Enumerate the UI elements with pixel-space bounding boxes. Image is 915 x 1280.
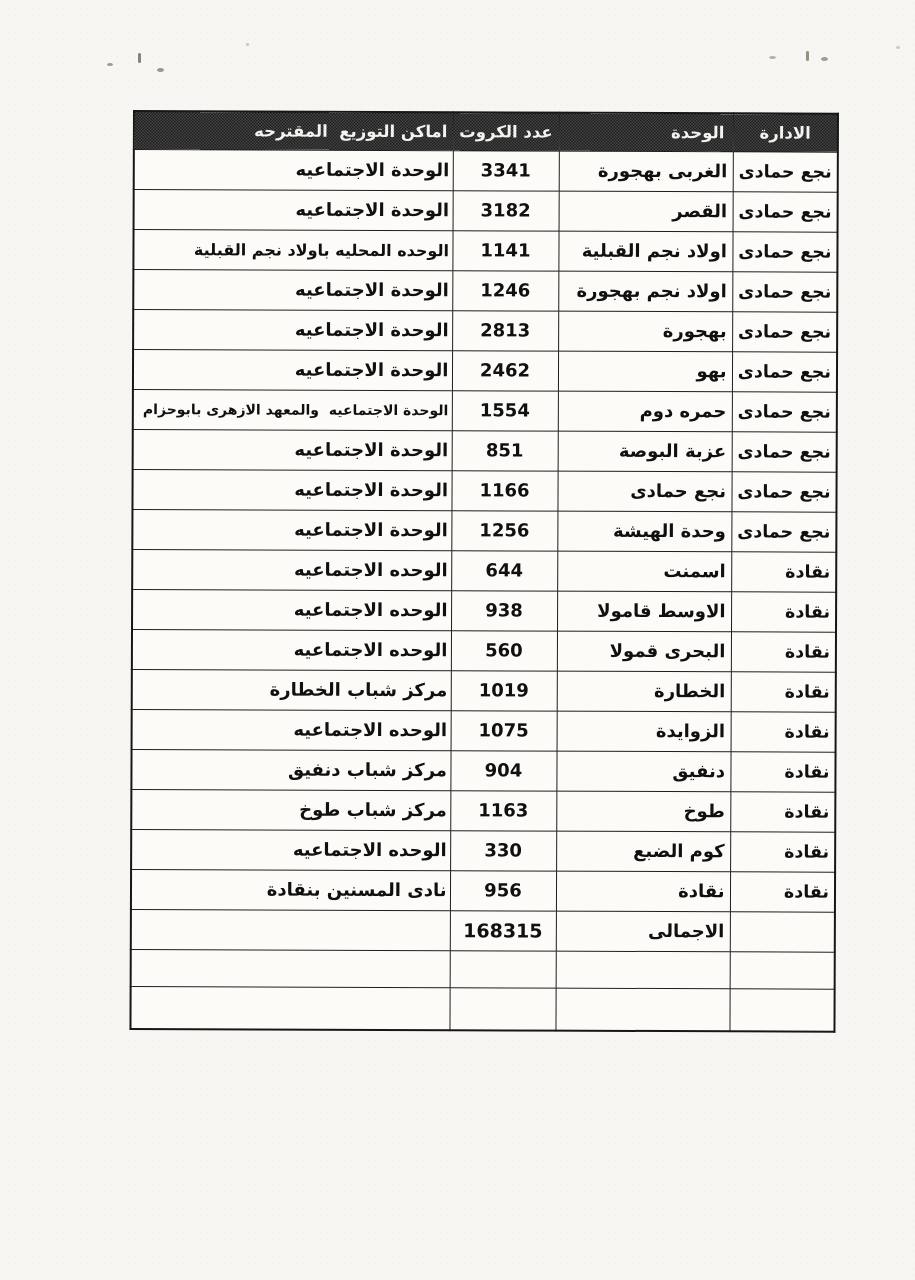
cards-count-cell: 1246 [452,271,558,311]
cards-count-cell: 1019 [451,671,557,711]
admin-cell: نجع حمادى [732,312,837,352]
cards-count-cell: 1075 [451,711,557,751]
distribution-place-cell: الوحدة الاجتماعيه [134,150,453,191]
unit-cell: البحرى قمولا [557,631,731,672]
admin-cell: نجع حمادى [733,152,838,192]
total-value-cell: 168315 [450,911,556,951]
admin-cell: نجع حمادى [732,432,837,472]
ink-speck [246,43,249,46]
table-row: نجع حمادىالغربى بهجورة3341الوحدة الاجتما… [134,150,838,193]
empty-row [130,986,834,1031]
scanned-document-page: الادارة الوحدة عدد الكروت اماكن التوزيع … [0,0,915,1280]
cards-count-cell: 1141 [452,231,558,271]
distribution-place-cell: الوحدة الاجتماعيه [132,510,451,551]
admin-cell: نقادة [731,672,836,712]
ink-speck [806,51,809,61]
unit-cell: الخطارة [557,671,731,712]
unit-cell: نقادة [556,871,730,912]
unit-cell: الزوايدة [557,711,731,752]
empty-row [131,949,835,989]
total-label-cell: الاجمالى [556,911,730,952]
empty-cards-cell [449,988,555,1031]
admin-cell: نجع حمادى [732,352,837,392]
cards-count-cell: 560 [451,631,557,671]
cards-count-cell: 330 [450,831,556,871]
table-body: نجع حمادىالغربى بهجورة3341الوحدة الاجتما… [130,150,837,1032]
card-distribution-table: الادارة الوحدة عدد الكروت اماكن التوزيع … [129,110,839,1033]
distribution-place-cell: الوحدة الاجتماعيه [133,310,452,351]
unit-cell: اسمنت [557,551,731,592]
table-row: نجع حمادىالقصر3182الوحدة الاجتماعيه [134,190,838,233]
ink-speck [896,46,900,49]
table-row: نجع حمادىاولاد نجم القبلية1141الوحده الم… [133,230,837,273]
unit-cell: اولاد نجم القبلية [558,231,732,272]
admin-cell: نقادة [731,712,836,752]
admin-cell: نقادة [730,872,835,912]
distribution-place-cell: الوحدة الاجتماعيه [133,350,452,391]
header-row: الادارة الوحدة عدد الكروت اماكن التوزيع … [134,111,838,152]
cards-count-cell: 644 [451,551,557,591]
table-row: نقادةالخطارة1019مركز شباب الخطارة [132,669,836,712]
distribution-place-cell: الوحدة الاجتماعيه [133,270,452,311]
empty-place-cell [130,986,449,1030]
admin-cell: نقادة [731,552,836,592]
distribution-place-cell: الوحده المحليه باولاد نجم القبلية [133,230,452,271]
header-admin: الادارة [733,113,838,152]
cards-count-cell: 938 [451,591,557,631]
table-row: نجع حمادىبهجورة2813الوحدة الاجتماعيه [133,310,837,353]
cards-count-cell: 1163 [450,791,556,831]
unit-cell: طوخ [556,791,730,832]
empty-admin-cell [730,952,835,989]
unit-cell: عزبة البوصة [558,431,732,472]
distribution-place-cell: الوحده الاجتماعيه [132,590,451,631]
empty-place-cell [131,949,450,987]
admin-cell: نقادة [731,632,836,672]
table-row: نجع حمادىوحدة الهيشة1256الوحدة الاجتماعي… [132,510,836,553]
admin-cell: نقادة [730,792,835,832]
distribution-place-cell: الوحده الاجتماعيه [132,709,451,750]
admin-cell: نجع حمادى [733,192,838,232]
distribution-place-cell: الوحده الاجتماعيه [131,829,450,870]
cards-count-cell: 3182 [453,191,559,231]
cards-count-cell: 1166 [451,471,557,511]
unit-cell: بهو [558,351,732,392]
cards-count-cell: 904 [450,751,556,791]
admin-cell: نقادة [730,832,835,872]
table-row: نقادةالزوايدة1075الوحده الاجتماعيه [132,709,836,752]
empty-admin-cell [729,989,834,1032]
cards-count-cell: 2813 [452,311,558,351]
table-row: نقادةاسمنت644الوحده الاجتماعيه [132,550,836,593]
total-row: الاجمالى168315 [131,909,835,952]
table-row: نجع حمادىحمره دوم1554الوحدة الاجتماعيه و… [133,390,837,433]
distribution-place-cell: الوحده الاجتماعيه [132,550,451,591]
table-row: نقادةدنفيق904مركز شباب دنفيق [131,749,835,792]
ink-speck [821,57,828,61]
header-unit: الوحدة [559,113,733,152]
unit-cell: نجع حمادى [557,471,731,512]
cards-count-cell: 956 [450,871,556,911]
unit-cell: بهجورة [558,311,732,352]
unit-cell: وحدة الهيشة [557,511,731,552]
admin-cell: نجع حمادى [732,272,837,312]
ink-speck [769,56,776,59]
unit-cell: دنفيق [556,751,730,792]
admin-cell: نجع حمادى [731,512,836,552]
table-row: نجع حمادىبهو2462الوحدة الاجتماعيه [133,350,837,393]
unit-cell: الغربى بهجورة [559,151,733,192]
cards-count-cell: 2462 [452,351,558,391]
table-row: نقادةنقادة956نادى المسنين بنقادة [131,869,835,912]
table-row: نجع حمادىاولاد نجم بهجورة1246الوحدة الاج… [133,270,837,313]
header-cards: عدد الكروت [453,112,559,151]
table-row: نقادةالاوسط قامولا938الوحده الاجتماعيه [132,590,836,633]
admin-cell: نقادة [730,752,835,792]
unit-cell: حمره دوم [558,391,732,432]
distribution-place-cell: الوحدة الاجتماعيه والمعهد الازهرى بابوحز… [133,390,452,431]
distribution-place-cell: الوحدة الاجتماعيه [134,190,453,231]
admin-cell: نجع حمادى [732,392,837,432]
total-admin-cell [730,912,835,952]
ink-speck [107,63,113,66]
admin-cell: نجع حمادى [732,232,837,272]
table-row: نقادةكوم الضبع330الوحده الاجتماعيه [131,829,835,872]
table-row: نجع حمادىنجع حمادى1166الوحدة الاجتماعيه [132,470,836,513]
ink-speck [138,53,141,63]
table-row: نجع حمادىعزبة البوصة851الوحدة الاجتماعيه [133,430,837,473]
distribution-place-cell: الوحدة الاجتماعيه [132,470,451,511]
cards-count-cell: 851 [452,431,558,471]
cards-count-cell: 3341 [453,151,559,191]
table-row: نقادةطوخ1163مركز شباب طوخ [131,789,835,832]
unit-cell: الاوسط قامولا [557,591,731,632]
distribution-place-cell: الوحدة الاجتماعيه [133,430,452,471]
unit-cell: القصر [559,191,733,232]
distribution-place-cell: الوحده الاجتماعيه [132,630,451,671]
cards-count-cell: 1554 [452,391,558,431]
distribution-place-cell: نادى المسنين بنقادة [131,869,450,910]
unit-cell: كوم الضبع [556,831,730,872]
distribution-place-cell: مركز شباب طوخ [131,789,450,830]
unit-cell: اولاد نجم بهجورة [558,271,732,312]
total-place-cell [131,909,450,950]
empty-unit-cell [555,988,729,1031]
distribution-place-cell: مركز شباب الخطارة [132,669,451,710]
ink-speck [157,68,164,72]
distribution-place-cell: مركز شباب دنفيق [131,749,450,790]
admin-cell: نجع حمادى [731,472,836,512]
cards-count-cell: 1256 [451,511,557,551]
empty-unit-cell [556,951,730,989]
admin-cell: نقادة [731,592,836,632]
empty-cards-cell [450,951,556,988]
header-places: اماكن التوزيع المقترحه [134,111,453,151]
table-row: نقادةالبحرى قمولا560الوحده الاجتماعيه [132,630,836,673]
